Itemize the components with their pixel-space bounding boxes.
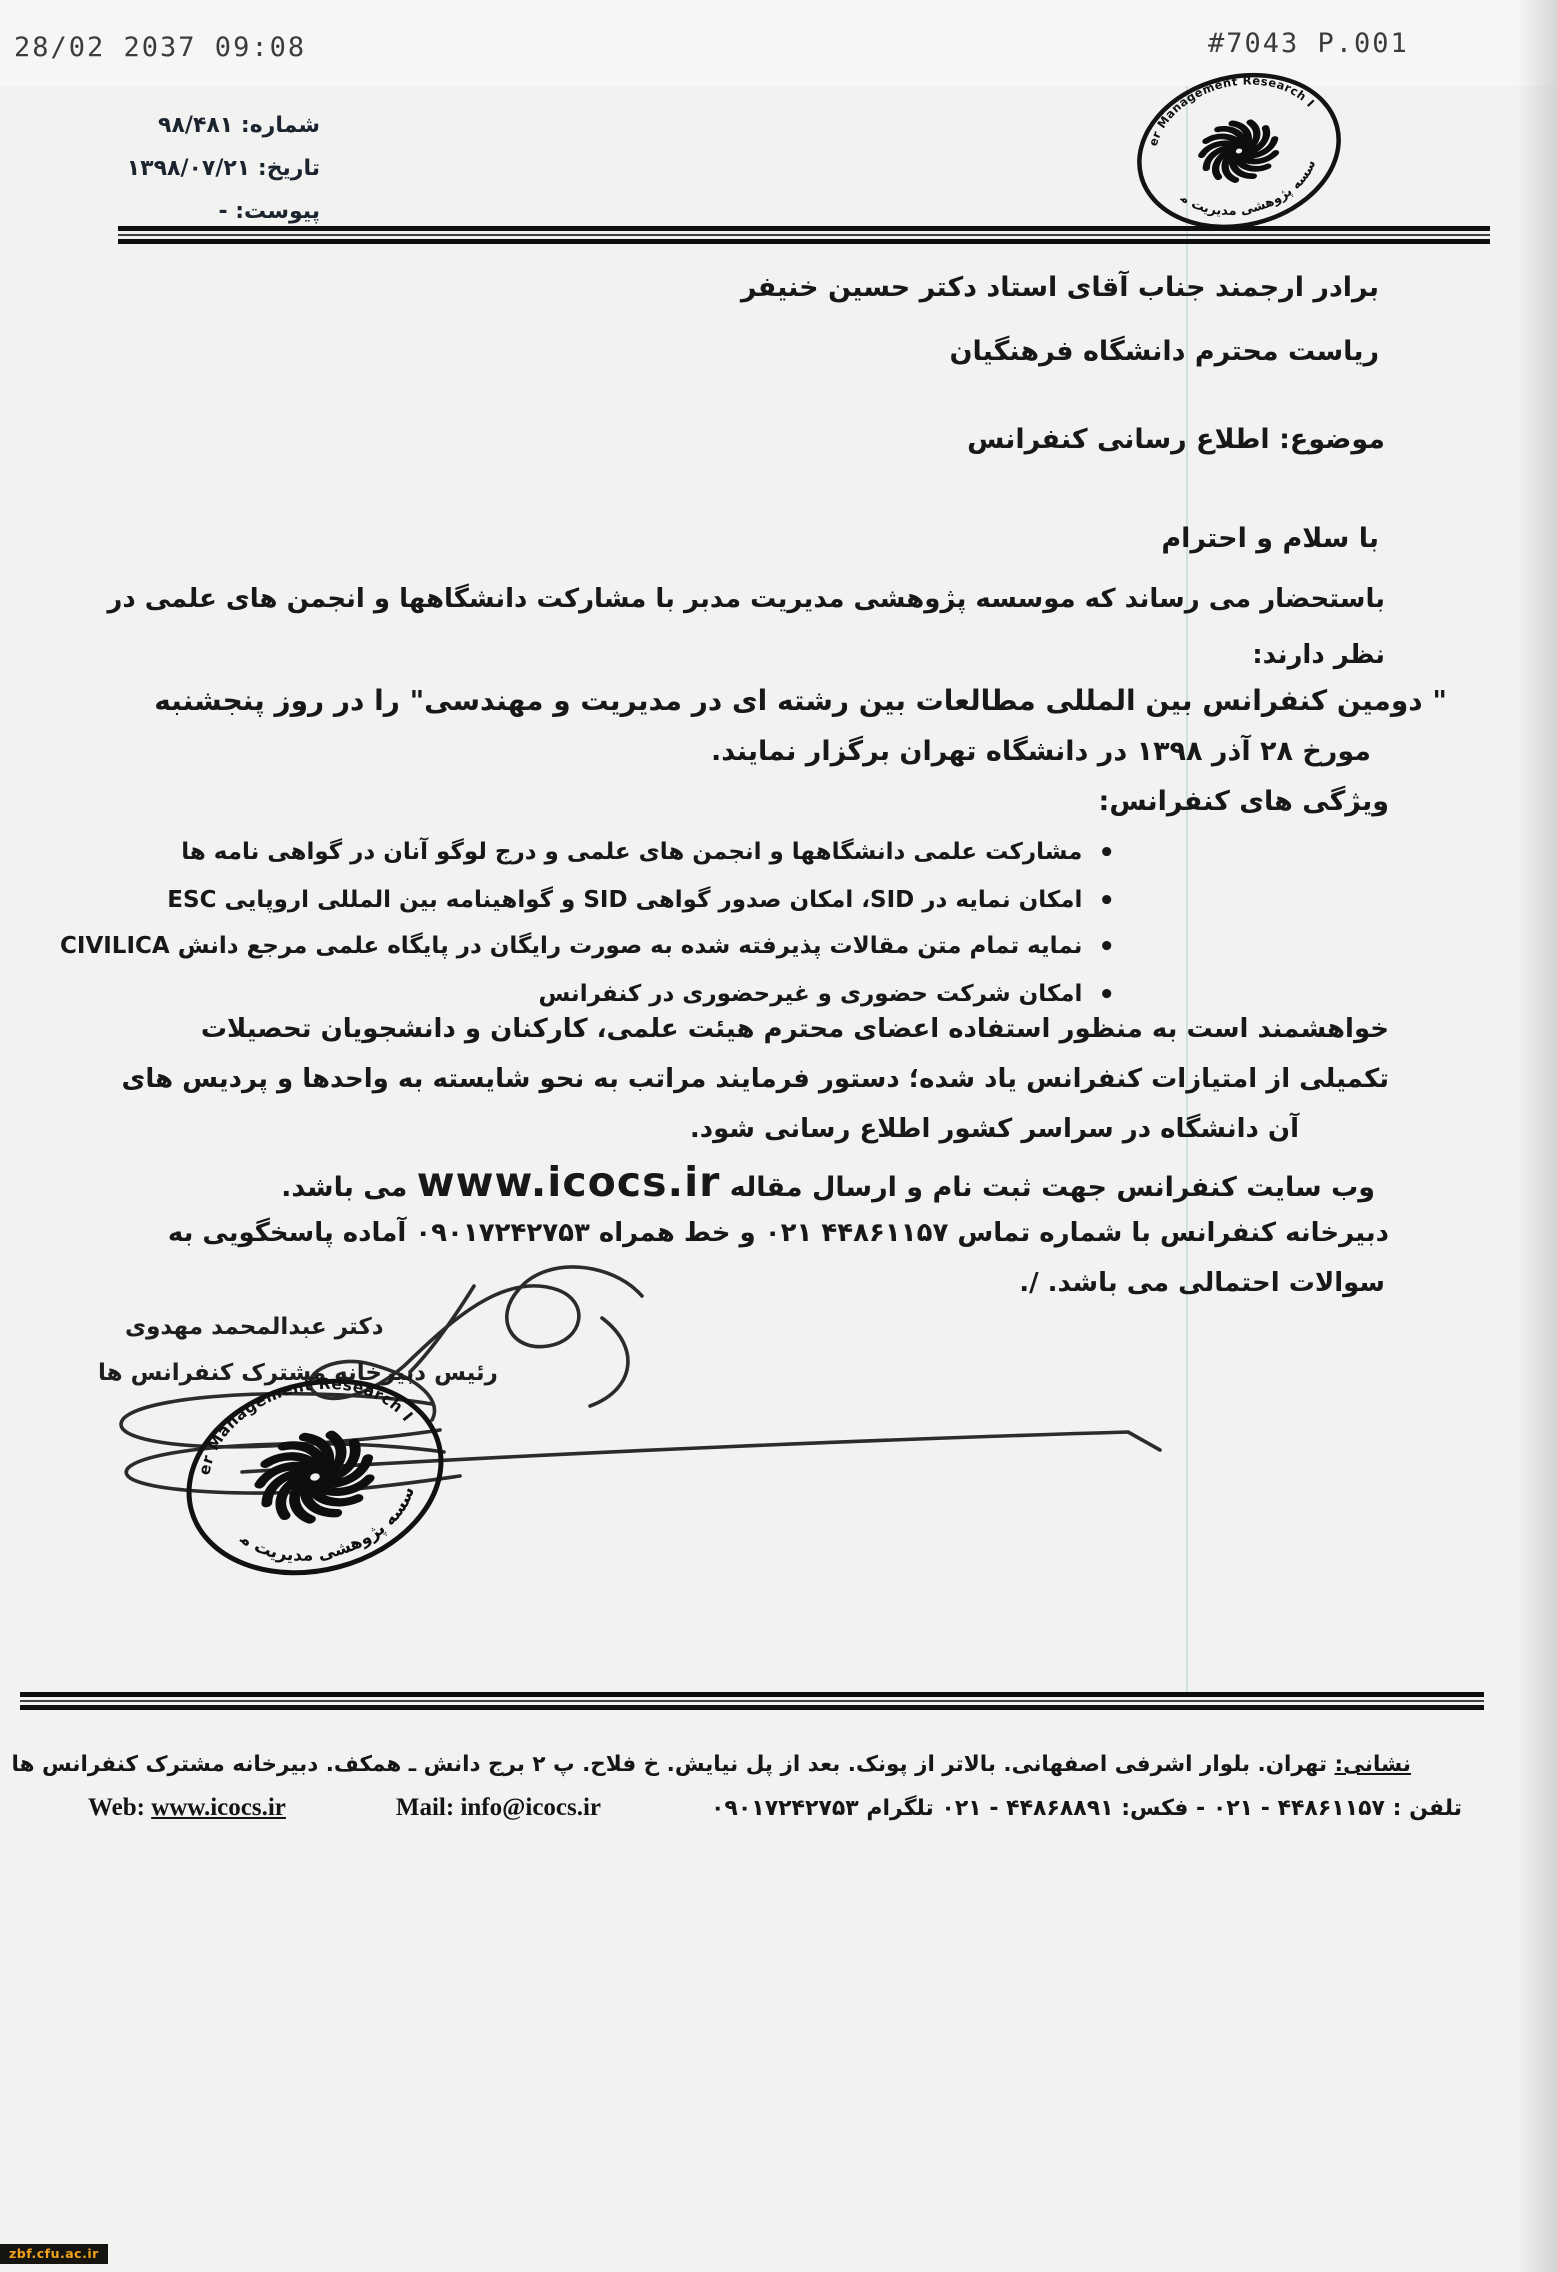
feature-item-3: نمایه تمام متن مقالات پذیرفته شده به صور…: [60, 932, 1115, 962]
mail-label: Mail:: [396, 1794, 461, 1821]
secretariat-line-1: دبیرخانه کنفرانس با شماره تماس ۴۴۸۶۱۱۵۷ …: [168, 1218, 1389, 1248]
footer-mail: Mail: info@icocs.ir: [396, 1794, 601, 1822]
salutation: با سلام و احترام: [1161, 523, 1379, 554]
signatory-name: دکتر عبدالمحمد مهدوی: [125, 1314, 384, 1340]
intro-line-2: نظر دارند:: [1252, 640, 1385, 670]
request-line-2: تکمیلی از امتیازات کنفرانس یاد شده؛ دستو…: [121, 1064, 1389, 1094]
feature-item-1: مشارکت علمی دانشگاهها و انجمن های علمی و…: [181, 838, 1115, 868]
letter-number: شماره: ۹۸/۴۸۱: [127, 104, 320, 147]
footer-web: Web: www.icocs.ir: [88, 1794, 286, 1822]
request-line-1: خواهشمند است به منظور استفاده اعضای محتر…: [201, 1014, 1389, 1044]
footer-address-line: نشانی: تهران. بلوار اشرفی اصفهانی. بالات…: [12, 1752, 1411, 1777]
subject-line: موضوع: اطلاع رسانی کنفرانس: [967, 424, 1385, 455]
features-heading: ویژگی های کنفرانس:: [1099, 786, 1389, 817]
footer-contact-line: Web: www.icocs.ir Mail: info@icocs.ir تل…: [88, 1794, 1462, 1822]
site-watermark-badge: zbf.cfu.ac.ir: [0, 2244, 108, 2264]
website-line: وب سایت کنفرانس جهت ثبت نام و ارسال مقال…: [281, 1158, 1375, 1206]
secretariat-line-2: سوالات احتمالی می باشد. /.: [1019, 1268, 1385, 1298]
web-url: www.icocs.ir: [151, 1794, 286, 1821]
conference-title-line: " دومین کنفرانس بین المللی مطالعات بین ر…: [154, 684, 1447, 717]
feature-item-4: امکان شرکت حضوری و غیرحضوری در کنفرانس: [539, 980, 1115, 1010]
fax-timestamp: 28/02 2037 09:08: [14, 32, 306, 63]
letter-date: تاریخ: ۱۳۹۸/۰۷/۲۱: [127, 147, 320, 190]
feature-item-2: امکان نمایه در SID، امکان صدور گواهی SID…: [167, 886, 1115, 916]
conference-date-line: مورخ ۲۸ آذر ۱۳۹۸ در دانشگاه تهران برگزار…: [711, 736, 1371, 767]
footer-phones: تلفن : ۴۴۸۶۱۱۵۷ - ۰۲۱ - فکس: ۴۴۸۶۸۸۹۱ - …: [711, 1796, 1462, 1821]
address-text: تهران. بلوار اشرفی اصفهانی. بالاتر از پو…: [12, 1752, 1335, 1777]
address-label: نشانی:: [1335, 1752, 1411, 1777]
scanner-artifact-line: [1186, 86, 1188, 1696]
header-divider-rule: [118, 226, 1490, 244]
letter-meta-block: شماره: ۹۸/۴۸۱ تاریخ: ۱۳۹۸/۰۷/۲۱ پیوست: -: [127, 104, 320, 233]
recipient-title-line: ریاست محترم دانشگاه فرهنگیان: [949, 336, 1379, 367]
stamp-swirl-icon: [247, 1420, 382, 1534]
conference-website-url: www.icocs.ir: [417, 1158, 721, 1206]
website-suffix: می باشد.: [281, 1172, 407, 1203]
footer-divider-rule: [20, 1692, 1484, 1710]
logo-swirl-icon: [1193, 113, 1284, 190]
scanned-fax-letter: 28/02 2037 09:08 #7043 P.001 Modabber Ma…: [0, 0, 1557, 2272]
mail-address: info@icocs.ir: [460, 1794, 601, 1821]
recipient-name-line: برادر ارجمند جناب آقای استاد دکتر حسین خ…: [741, 272, 1379, 303]
page-edge-shadow: [1517, 0, 1557, 2272]
intro-line-1: باستحضار می رساند که موسسه پژوهشی مدیریت…: [107, 584, 1385, 614]
request-line-3: آن دانشگاه در سراسر کشور اطلاع رسانی شود…: [690, 1114, 1299, 1144]
website-prefix: وب سایت کنفرانس جهت ثبت نام و ارسال مقال…: [730, 1172, 1375, 1203]
web-label: Web:: [88, 1794, 151, 1821]
